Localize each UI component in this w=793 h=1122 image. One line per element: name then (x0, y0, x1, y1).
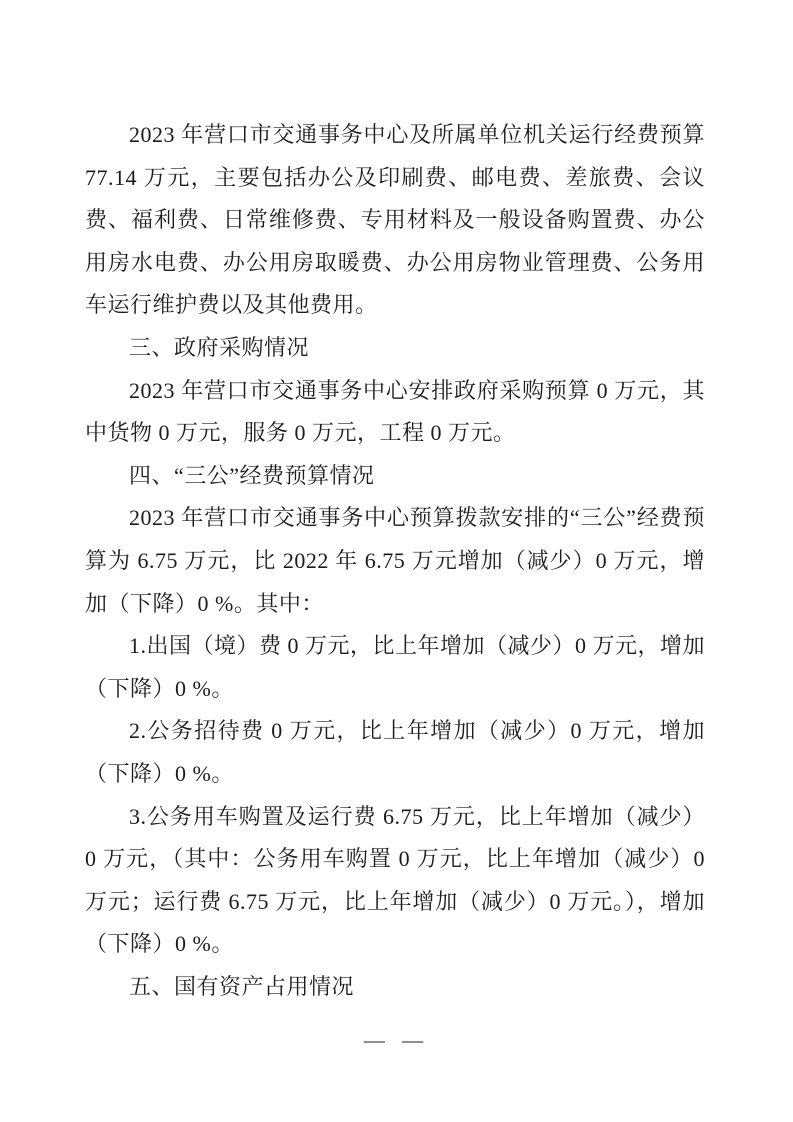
paragraph: 1.出国（境）费 0 万元，比上年增加（减少）0 万元，增加（下降）0 %。 (85, 625, 705, 710)
section-heading: 四、“三公”经费预算情况 (85, 455, 705, 498)
document-body: 2023 年营口市交通事务中心及所属单位机关运行经费预算 77.14 万元，主要… (85, 114, 705, 1008)
paragraph: 2023 年营口市交通事务中心预算拨款安排的“三公”经费预算为 6.75 万元，… (85, 497, 705, 625)
paragraph: 2.公务招待费 0 万元，比上年增加（减少）0 万元，增加（下降）0 %。 (85, 710, 705, 795)
paragraph: 2023 年营口市交通事务中心及所属单位机关运行经费预算 77.14 万元，主要… (85, 114, 705, 327)
document-page: 2023 年营口市交通事务中心及所属单位机关运行经费预算 77.14 万元，主要… (0, 0, 793, 1122)
paragraph: 2023 年营口市交通事务中心安排政府采购预算 0 万元，其中货物 0 万元，服… (85, 370, 705, 455)
section-heading: 三、政府采购情况 (85, 327, 705, 370)
page-number: — — (0, 1026, 793, 1054)
paragraph: 3.公务用车购置及运行费 6.75 万元，比上年增加（减少）0 万元，（其中：公… (85, 796, 705, 966)
section-heading: 五、国有资产占用情况 (85, 966, 705, 1009)
